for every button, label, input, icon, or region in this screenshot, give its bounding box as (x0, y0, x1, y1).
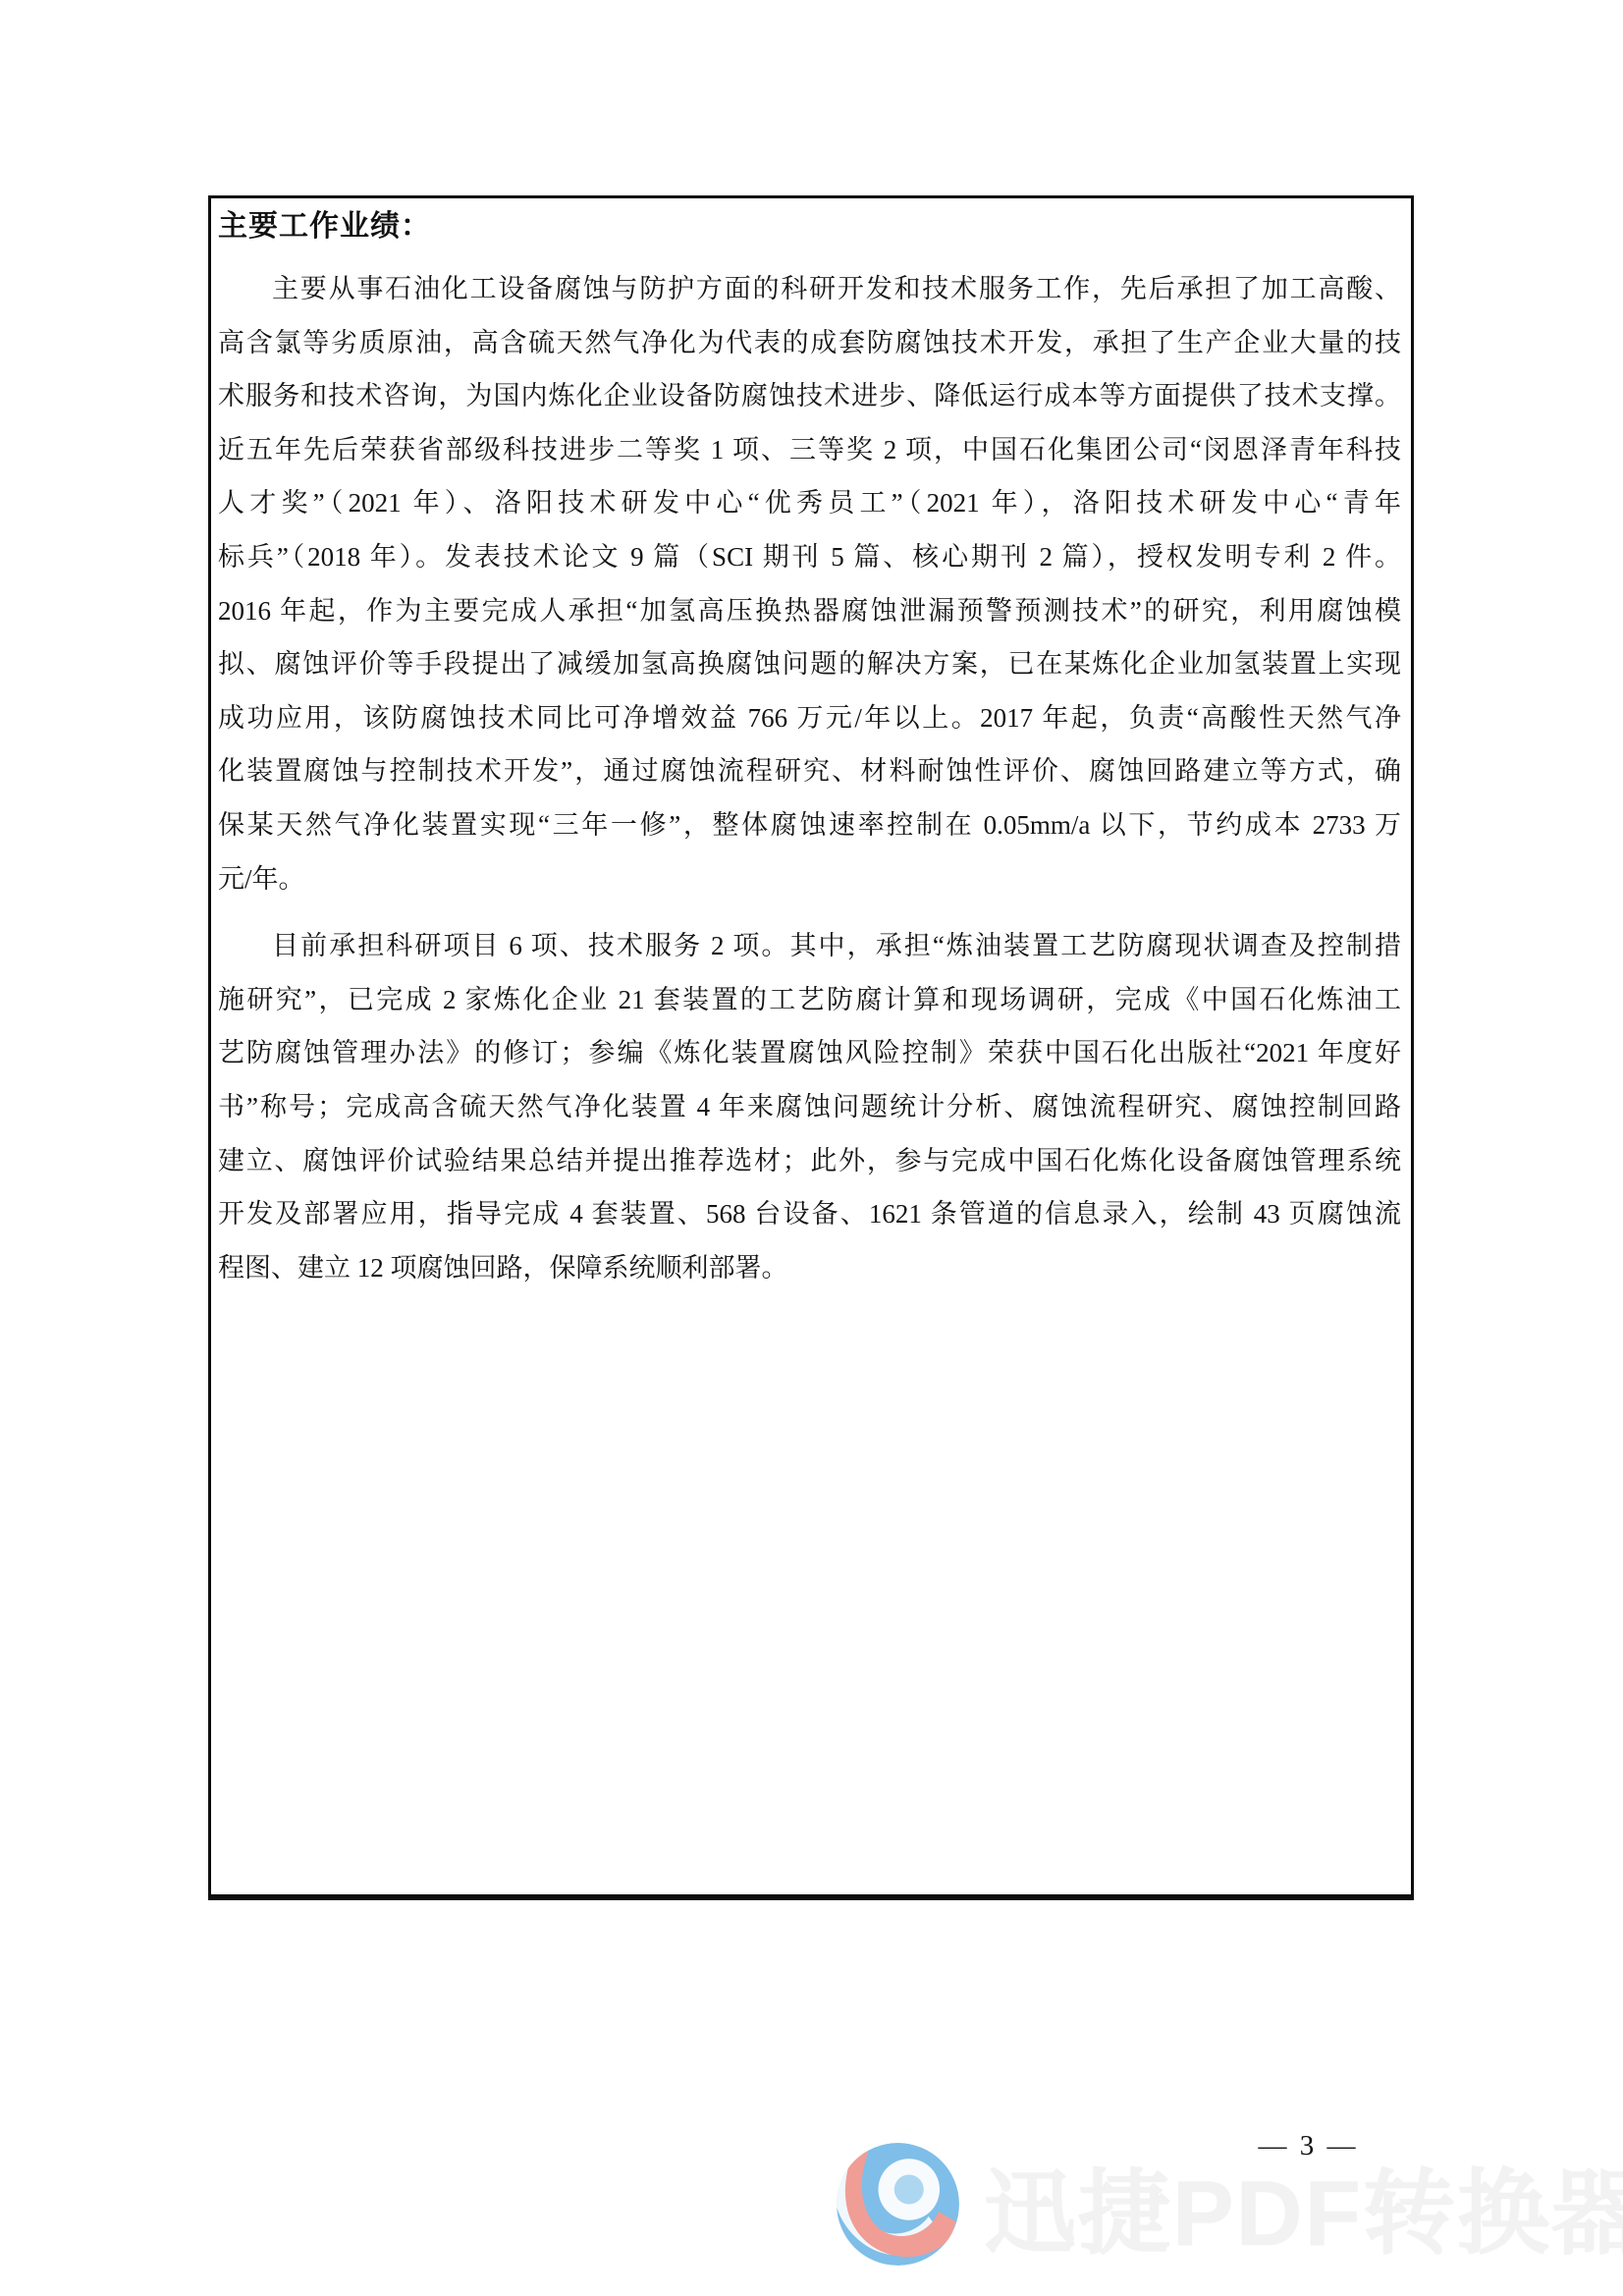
paragraph-line: 人才奖”（2021 年）、洛阳技术研发中心“优秀员工”（2021 年），洛阳技术… (218, 476, 1401, 530)
paragraph-line: 2016 年起，作为主要完成人承担“加氢高压换热器腐蚀泄漏预警预测技术”的研究，… (218, 584, 1401, 638)
paragraph-line: 开发及部署应用，指导完成 4 套装置、568 台设备、1621 条管道的信息录入… (218, 1187, 1401, 1241)
work-summary-paragraph: 主要从事石油化工设备腐蚀与防护方面的科研开发和技术服务工作，先后承担了加工高酸、… (218, 262, 1401, 905)
work-achievements-table-cell: 主要工作业绩： 主要从事石油化工设备腐蚀与防护方面的科研开发和技术服务工作，先后… (208, 195, 1414, 1900)
paragraph-line: 建立、腐蚀评价试验结果总结并提出推荐选材；此外，参与完成中国石化炼化设备腐蚀管理… (218, 1134, 1401, 1188)
paragraph-line: 高含氯等劣质原油，高含硫天然气净化为代表的成套防腐蚀技术开发，承担了生产企业大量… (218, 316, 1401, 370)
paragraph-line: 艺防腐蚀管理办法》的修订；参编《炼化装置腐蚀风险控制》荣获中国石化出版社“202… (218, 1026, 1401, 1080)
paragraph-line: 标兵”（2018 年）。发表技术论文 9 篇（SCI 期刊 5 篇、核心期刊 2… (218, 530, 1401, 584)
paragraph-line: 化装置腐蚀与控制技术开发”，通过腐蚀流程研究、材料耐蚀性评价、腐蚀回路建立等方式… (218, 744, 1401, 798)
current-projects-paragraph: 目前承担科研项目 6 项、技术服务 2 项。其中，承担“炼油装置工艺防腐现状调查… (218, 919, 1401, 1294)
paragraph-line: 施研究”，已完成 2 家炼化企业 21 套装置的工艺防腐计算和现场调研，完成《中… (218, 973, 1401, 1027)
paragraph-line: 元/年。 (218, 852, 1401, 906)
paragraph-line: 主要从事石油化工设备腐蚀与防护方面的科研开发和技术服务工作，先后承担了加工高酸、 (218, 262, 1401, 316)
paragraph-line: 近五年先后荣获省部级科技进步二等奖 1 项、三等奖 2 项，中国石化集团公司“闵… (218, 423, 1401, 477)
page-number: — 3 — (1233, 2129, 1380, 2162)
watermark-brand-text: 迅捷PDF转换器 (984, 2147, 1623, 2263)
paragraph-line: 书”称号；完成高含硫天然气净化装置 4 年来腐蚀问题统计分析、腐蚀流程研究、腐蚀… (218, 1080, 1401, 1134)
paragraph-line: 保某天然气净化装置实现“三年一修”，整体腐蚀速率控制在 0.05mm/a 以下，… (218, 798, 1401, 852)
paragraph-line: 程图、建立 12 项腐蚀回路，保障系统顺利部署。 (218, 1241, 1401, 1295)
document-page: 主要工作业绩： 主要从事石油化工设备腐蚀与防护方面的科研开发和技术服务工作，先后… (0, 0, 1623, 2296)
paragraph-line: 术服务和技术咨询，为国内炼化企业设备防腐蚀技术进步、降低运行成本等方面提供了技术… (218, 369, 1401, 423)
xunjie-pdf-converter-logo-icon (837, 2143, 959, 2266)
paragraph-line: 拟、腐蚀评价等手段提出了减缓加氢高换腐蚀问题的解决方案，已在某炼化企业加氢装置上… (218, 637, 1401, 691)
paragraph-line: 目前承担科研项目 6 项、技术服务 2 项。其中，承担“炼油装置工艺防腐现状调查… (218, 919, 1401, 973)
section-title: 主要工作业绩： (218, 204, 1401, 249)
paragraph-line: 成功应用，该防腐蚀技术同比可净增效益 766 万元/年以上。2017 年起，负责… (218, 691, 1401, 745)
